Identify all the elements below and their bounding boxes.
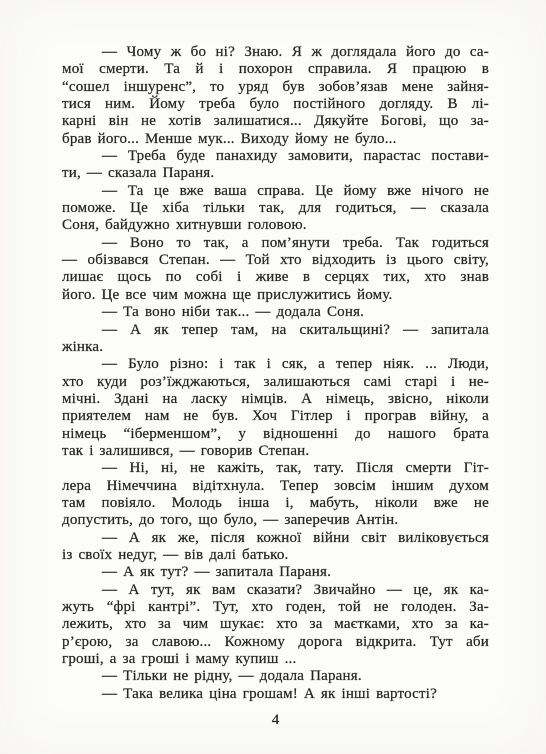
text-line: р’єрою, за славою... Кожному дорога відк… (62, 634, 489, 651)
page-number: 4 (62, 712, 489, 729)
text-line: — Чому ж бо ні? Знаю. Я ж доглядала його… (62, 44, 489, 61)
text-line: брав його... Менше мук... Виходу йому не… (62, 131, 489, 148)
book-page: — Чому ж бо ні? Знаю. Я ж доглядала його… (0, 0, 546, 754)
text-line: — А як же, після кожної війни світ вилік… (62, 530, 489, 547)
text-line: — Та це вже ваша справа. Це йому вже ніч… (62, 183, 489, 200)
text-line: допустить, до того, що було, — заперечив… (62, 512, 489, 529)
text-line: мічні. Здані на ласку німців. А німець, … (62, 391, 489, 408)
text-line: лера Німеччина відітхнула. Тепер зовсім … (62, 478, 489, 495)
text-line: — Було різно: і так і сяк, а тепер ніяк.… (62, 356, 489, 373)
text-block: — Чому ж бо ні? Знаю. Я ж доглядала його… (62, 44, 489, 703)
text-line: так і залишився, — говорив Степан. (62, 443, 489, 460)
text-line: — Ні, ні, не кажіть, так, тату. Після см… (62, 460, 489, 477)
text-line: гроші, а за гроші і маму купиш ... (62, 651, 489, 668)
text-line: мої смерти. Та й і похорон справила. Я п… (62, 61, 489, 78)
text-line: хто куди роз’їжджаються, залишаються сам… (62, 374, 489, 391)
text-line: — обізвався Степан. — Той хто відходить … (62, 252, 489, 269)
text-line: — А як тепер там, на скитальщині? — запи… (62, 322, 489, 339)
text-line: його. Це все чим можна ще прислужитись й… (62, 287, 489, 304)
text-line: “сошел іншуренс”, то уряд був зобов’язав… (62, 79, 489, 96)
text-line: із своїх недуг, — вів далі батько. (62, 547, 489, 564)
text-line: жуть “фрі кантрі”. Тут, хто годен, той н… (62, 599, 489, 616)
text-line: карні він не хотів залишатися... Дякуйте… (62, 113, 489, 130)
text-line: — Воно то так, а пом’янути треба. Так го… (62, 235, 489, 252)
text-line: лишає щось по собі і живе в серцях тих, … (62, 269, 489, 286)
text-line: жінка. (62, 339, 489, 356)
text-line: ти, — сказала Параня. (62, 165, 489, 182)
text-line: — Треба буде панахиду замовити, парастас… (62, 148, 489, 165)
text-line: там повіяло. Молодь інша і, мабуть, ніко… (62, 495, 489, 512)
text-line: німець “іберменшом”, у відношенні до наш… (62, 426, 489, 443)
text-line: тися ним. Йому треба було постійного дог… (62, 96, 489, 113)
text-line: — Така велика ціна грошам! А як інші вар… (62, 686, 489, 703)
text-line: лежить, хто за чим шукає: хто за маєткам… (62, 616, 489, 633)
text-line: поможе. Це хіба тільки так, для годиться… (62, 200, 489, 217)
text-line: — Та воно ніби так... — додала Соня. (62, 304, 489, 321)
text-line: приятелем нам не був. Хоч Гітлер і прогр… (62, 408, 489, 425)
text-line: Соня, байдужно хитнувши головою. (62, 217, 489, 234)
text-line: — Тільки не рідну, — додала Параня. (62, 668, 489, 685)
text-line: — А як тут? — запитала Параня. (62, 564, 489, 581)
text-line: — А тут, як вам сказати? Звичайно — це, … (62, 582, 489, 599)
